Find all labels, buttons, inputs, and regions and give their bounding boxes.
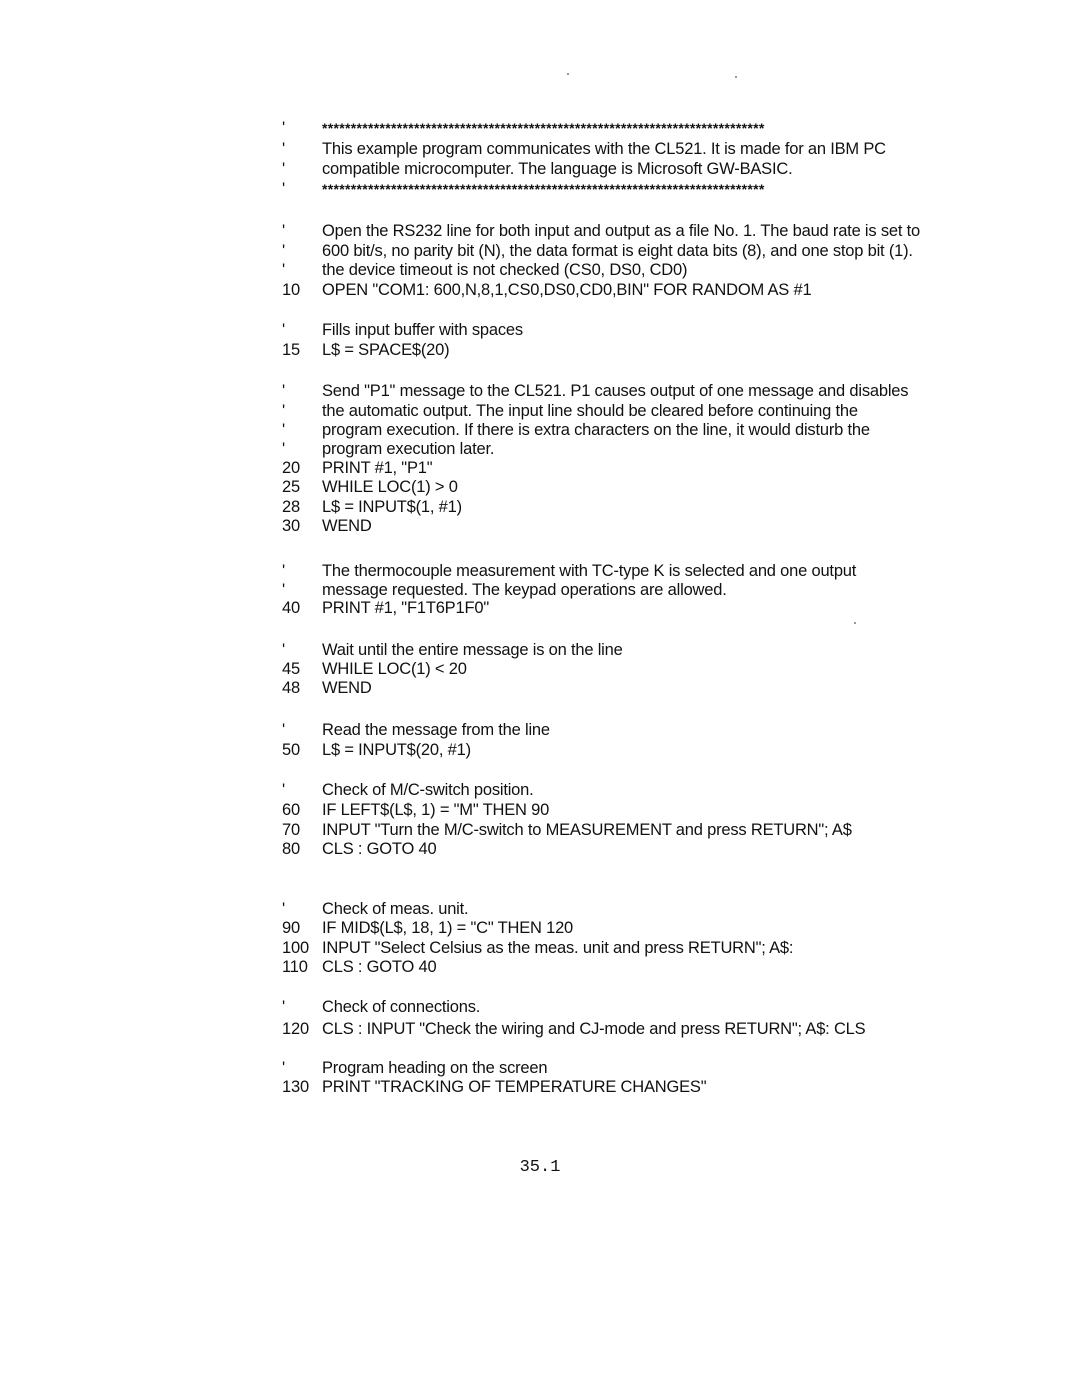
line-text: PRINT #1, "P1" — [322, 458, 432, 478]
asterisk-rule: ****************************************… — [322, 179, 765, 199]
line-number: 10 — [282, 280, 320, 300]
comment-marker: ' — [282, 1058, 320, 1078]
line-number: 20 — [282, 458, 320, 478]
line-text: CLS : INPUT "Check the wiring and CJ-mod… — [322, 1019, 865, 1039]
comment-marker: ' — [282, 720, 320, 740]
line-text: WEND — [322, 678, 372, 698]
line-text: OPEN "COM1: 600,N,8,1,CS0,DS0,CD0,BIN" F… — [322, 280, 811, 300]
page-number: 35.1 — [0, 1158, 1080, 1177]
line-text: Check of meas. unit. — [322, 899, 468, 919]
document-page: '***************************************… — [0, 0, 1080, 1397]
line-text: the automatic output. The input line sho… — [322, 401, 858, 421]
line-text: WHILE LOC(1) > 0 — [322, 477, 458, 497]
line-text: Check of connections. — [322, 997, 480, 1017]
scan-speck — [854, 622, 856, 624]
line-number: 48 — [282, 678, 320, 698]
asterisk-rule: ****************************************… — [322, 118, 765, 138]
line-text: 600 bit/s, no parity bit (N), the data f… — [322, 241, 913, 261]
line-text: This example program communicates with t… — [322, 139, 886, 159]
comment-marker: ' — [282, 401, 320, 421]
line-number: 25 — [282, 477, 320, 497]
line-number: 80 — [282, 839, 320, 859]
comment-marker: ' — [282, 997, 320, 1017]
comment-marker: ' — [282, 139, 320, 159]
comment-marker: ' — [282, 580, 320, 600]
line-text: L$ = INPUT$(20, #1) — [322, 740, 471, 760]
line-text: Send "P1" message to the CL521. P1 cause… — [322, 381, 908, 401]
line-text: INPUT "Select Celsius as the meas. unit … — [322, 938, 793, 958]
line-text: the device timeout is not checked (CS0, … — [322, 260, 687, 280]
line-number: 45 — [282, 659, 320, 679]
line-text: INPUT "Turn the M/C-switch to MEASUREMEN… — [322, 820, 852, 840]
line-number: 15 — [282, 340, 320, 360]
line-text: L$ = INPUT$(1, #1) — [322, 497, 462, 517]
comment-marker: ' — [282, 159, 320, 179]
scan-speck — [567, 73, 569, 75]
comment-marker: ' — [282, 320, 320, 340]
line-number: 50 — [282, 740, 320, 760]
comment-marker: ' — [282, 439, 320, 459]
line-number: 130 — [282, 1077, 320, 1097]
line-text: compatible microcomputer. The language i… — [322, 159, 792, 179]
comment-marker: ' — [282, 640, 320, 660]
line-text: Read the message from the line — [322, 720, 550, 740]
line-text: L$ = SPACE$(20) — [322, 340, 449, 360]
line-text: WEND — [322, 516, 372, 536]
comment-marker: ' — [282, 899, 320, 919]
line-text: CLS : GOTO 40 — [322, 839, 436, 859]
scan-speck — [735, 76, 737, 78]
comment-marker: ' — [282, 241, 320, 261]
line-text: Open the RS232 line for both input and o… — [322, 221, 920, 241]
line-number: 28 — [282, 497, 320, 517]
line-number: 60 — [282, 800, 320, 820]
line-text: WHILE LOC(1) < 20 — [322, 659, 467, 679]
comment-marker: ' — [282, 179, 320, 199]
line-text: IF LEFT$(L$, 1) = "M" THEN 90 — [322, 800, 549, 820]
line-number: 120 — [282, 1019, 320, 1039]
line-text: message requested. The keypad operations… — [322, 580, 727, 600]
line-text: Fills input buffer with spaces — [322, 320, 523, 340]
comment-marker: ' — [282, 381, 320, 401]
line-number: 100 — [282, 938, 320, 958]
line-number: 90 — [282, 918, 320, 938]
comment-marker: ' — [282, 420, 320, 440]
comment-marker: ' — [282, 780, 320, 800]
line-text: program execution later. — [322, 439, 494, 459]
line-text: PRINT "TRACKING OF TEMPERATURE CHANGES" — [322, 1077, 706, 1097]
line-number: 110 — [282, 957, 320, 977]
line-number: 70 — [282, 820, 320, 840]
line-text: IF MID$(L$, 18, 1) = "C" THEN 120 — [322, 918, 573, 938]
line-text: Wait until the entire message is on the … — [322, 640, 623, 660]
line-text: The thermocouple measurement with TC-typ… — [322, 561, 856, 581]
comment-marker: ' — [282, 561, 320, 581]
comment-marker: ' — [282, 118, 320, 138]
line-number: 40 — [282, 598, 320, 618]
line-text: CLS : GOTO 40 — [322, 957, 436, 977]
comment-marker: ' — [282, 260, 320, 280]
line-text: Program heading on the screen — [322, 1058, 547, 1078]
line-text: program execution. If there is extra cha… — [322, 420, 870, 440]
line-text: PRINT #1, "F1T6P1F0" — [322, 598, 489, 618]
line-number: 30 — [282, 516, 320, 536]
line-text: Check of M/C-switch position. — [322, 780, 534, 800]
comment-marker: ' — [282, 221, 320, 241]
